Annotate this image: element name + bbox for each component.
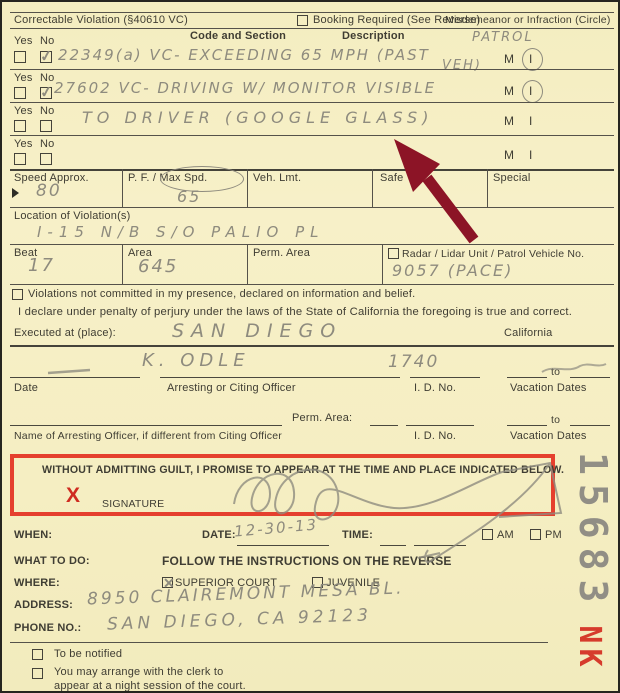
id-no-label: I. D. No. bbox=[414, 430, 456, 442]
vacation-dates-label: Vacation Dates bbox=[510, 430, 587, 442]
time-line bbox=[414, 545, 466, 546]
row4-no-checkbox[interactable] bbox=[40, 153, 52, 165]
divider-line bbox=[487, 169, 488, 207]
executed-at-handwriting: SAN DIEGO bbox=[172, 320, 342, 342]
to-be-notified-label: To be notified bbox=[54, 648, 122, 660]
phone-label: PHONE NO.: bbox=[14, 622, 81, 634]
when-label: WHEN: bbox=[14, 529, 52, 541]
executed-at-label: Executed at (place): bbox=[14, 327, 116, 339]
description-header: Description bbox=[342, 30, 405, 42]
vacation-line bbox=[570, 425, 610, 426]
correctable-violation-label: Correctable Violation (§40610 VC) bbox=[14, 14, 188, 26]
red-arrow-annotation bbox=[394, 139, 474, 240]
officer-signature-handwriting: K. ODLE bbox=[142, 350, 250, 371]
to-be-notified-checkbox[interactable] bbox=[32, 649, 43, 660]
vacation-line bbox=[507, 377, 547, 378]
id-no-label: I. D. No. bbox=[414, 382, 456, 394]
night-session-label-line2: appear at a night session of the court. bbox=[54, 680, 246, 692]
row1-no-label: No bbox=[40, 35, 54, 47]
row1-yes-checkbox[interactable] bbox=[14, 51, 26, 63]
perm-area-label: Perm. Area bbox=[253, 247, 310, 259]
vacation-dates-label: Vacation Dates bbox=[510, 382, 587, 394]
arresting-name-line bbox=[10, 425, 282, 426]
radar-handwriting: 9057 (PACE) bbox=[392, 261, 513, 280]
time-field-label: TIME: bbox=[342, 529, 373, 541]
location-label: Location of Violation(s) bbox=[14, 210, 131, 222]
serial-margin: 15683NK bbox=[571, 452, 615, 672]
row1-handwriting-below: VEH) bbox=[442, 58, 482, 73]
signature-x-mark: X bbox=[66, 484, 80, 508]
city-state-zip-handwriting: SAN DIEGO, CA 92123 bbox=[107, 605, 373, 634]
not-committed-label: Violations not committed in my presence,… bbox=[28, 288, 415, 300]
divider-line bbox=[10, 28, 614, 29]
divider-line bbox=[10, 12, 614, 13]
row4-i-label: I bbox=[529, 148, 532, 162]
night-session-label-line1: You may arrange with the clerk to bbox=[54, 666, 223, 678]
date-line bbox=[237, 545, 329, 546]
pm-checkbox[interactable] bbox=[530, 529, 541, 540]
citation-serial-number: 15683 bbox=[571, 452, 615, 611]
divider-line bbox=[247, 244, 248, 284]
id-line bbox=[410, 377, 480, 378]
misdemeanor-infraction-label: Misdemeanor or Infraction (Circle) bbox=[445, 14, 611, 26]
row1-yes-label: Yes bbox=[14, 35, 33, 47]
pencil-date-dash bbox=[48, 370, 90, 373]
night-session-checkbox[interactable] bbox=[32, 668, 43, 679]
row3-no-label: No bbox=[40, 105, 54, 117]
row3-handwriting: TO DRIVER (GOOGLE GLASS) bbox=[82, 108, 433, 127]
row2-yes-label: Yes bbox=[14, 72, 33, 84]
am-label: AM bbox=[497, 529, 514, 541]
date-line bbox=[10, 377, 140, 378]
perm-area-line bbox=[370, 425, 398, 426]
signature-label: SIGNATURE bbox=[102, 498, 164, 510]
divider-line bbox=[247, 169, 248, 207]
safe-label: Safe bbox=[380, 172, 403, 184]
time-line bbox=[380, 545, 406, 546]
divider-line bbox=[10, 642, 548, 643]
row4-yes-label: Yes bbox=[14, 138, 33, 150]
row3-m-label: M bbox=[504, 114, 514, 128]
divider-line bbox=[122, 169, 123, 207]
row2-yes-checkbox[interactable] bbox=[14, 87, 26, 99]
divider-line bbox=[10, 102, 614, 103]
row2-m-i: M I bbox=[504, 84, 532, 98]
where-label: WHERE: bbox=[14, 577, 60, 589]
date-field-label: DATE: bbox=[202, 529, 236, 541]
promise-to-appear-box: WITHOUT ADMITTING GUILT, I PROMISE TO AP… bbox=[10, 454, 555, 516]
special-label: Special bbox=[493, 172, 530, 184]
divider-line bbox=[372, 169, 373, 207]
row1-m-label: M bbox=[504, 52, 514, 66]
citation-code: NK bbox=[572, 625, 607, 671]
radar-checkbox[interactable] bbox=[388, 248, 399, 259]
booking-required-checkbox[interactable] bbox=[297, 15, 308, 26]
divider-line bbox=[10, 345, 614, 347]
row2-no-checkbox[interactable] bbox=[40, 87, 52, 99]
perjury-declaration: I declare under penalty of perjury under… bbox=[18, 306, 572, 318]
speed-approx-handwriting: 80 bbox=[36, 181, 62, 201]
divider-line bbox=[10, 69, 614, 70]
to-label: to bbox=[551, 414, 560, 426]
divider-line bbox=[122, 244, 123, 284]
row1-handwriting: 22349(a) VC- EXCEEDING 65 MPH (PAST bbox=[58, 46, 430, 64]
divider-line bbox=[10, 284, 614, 285]
divider-line bbox=[10, 207, 614, 208]
row2-i-label: I bbox=[529, 84, 532, 98]
row3-m-i: M I bbox=[504, 114, 532, 128]
to-label: to bbox=[551, 366, 560, 378]
arresting-citing-officer-label: Arresting or Citing Officer bbox=[167, 382, 296, 394]
code-and-section-header: Code and Section bbox=[190, 30, 286, 42]
pm-label: PM bbox=[545, 529, 562, 541]
row1-handwriting-above: PATROL bbox=[472, 30, 534, 45]
radar-label: Radar / Lidar Unit / Patrol Vehicle No. bbox=[402, 248, 584, 260]
address-label: ADDRESS: bbox=[14, 599, 73, 611]
vacation-line bbox=[507, 425, 547, 426]
row3-no-checkbox[interactable] bbox=[40, 120, 52, 132]
date-label: Date bbox=[14, 382, 38, 394]
court-date-handwriting: 12-30-13 bbox=[233, 515, 318, 540]
perm-area-colon-label: Perm. Area: bbox=[292, 412, 352, 424]
not-committed-checkbox[interactable] bbox=[12, 289, 23, 300]
max-spd-handwriting: 65 bbox=[177, 187, 201, 206]
pointer-triangle-icon bbox=[12, 188, 19, 198]
california-label: California bbox=[504, 327, 552, 339]
am-checkbox[interactable] bbox=[482, 529, 493, 540]
beat-handwriting: 17 bbox=[28, 255, 55, 276]
row2-handwriting: 27602 VC- DRIVING W/ MONITOR VISIBLE bbox=[54, 79, 436, 97]
row4-m-i: M I bbox=[504, 148, 532, 162]
max-spd-pencil-circle bbox=[160, 166, 244, 192]
divider-line bbox=[10, 244, 614, 245]
row1-m-i: M I bbox=[504, 52, 532, 66]
area-handwriting: 645 bbox=[138, 256, 178, 277]
officer-line bbox=[160, 377, 400, 378]
what-to-do-label: WHAT TO DO: bbox=[14, 555, 90, 567]
officer-id-handwriting: 1740 bbox=[388, 352, 439, 372]
id-line bbox=[406, 425, 474, 426]
divider-line bbox=[10, 135, 614, 136]
row4-yes-checkbox[interactable] bbox=[14, 153, 26, 165]
row4-no-label: No bbox=[40, 138, 54, 150]
row4-m-label: M bbox=[504, 148, 514, 162]
divider-line bbox=[382, 244, 383, 284]
row1-i-label: I bbox=[529, 52, 532, 66]
instructions-text: FOLLOW THE INSTRUCTIONS ON THE REVERSE bbox=[162, 554, 452, 568]
vacation-line bbox=[570, 377, 610, 378]
row3-i-label: I bbox=[529, 114, 532, 128]
arresting-officer-name-label: Name of Arresting Officer, if different … bbox=[14, 430, 282, 442]
promise-text: WITHOUT ADMITTING GUILT, I PROMISE TO AP… bbox=[42, 464, 564, 476]
row2-m-label: M bbox=[504, 84, 514, 98]
row1-no-checkbox[interactable] bbox=[40, 51, 52, 63]
row3-yes-checkbox[interactable] bbox=[14, 120, 26, 132]
divider-line bbox=[10, 169, 614, 171]
traffic-citation: Correctable Violation (§40610 VC) Bookin… bbox=[0, 0, 620, 693]
row3-yes-label: Yes bbox=[14, 105, 33, 117]
veh-lmt-label: Veh. Lmt. bbox=[253, 172, 301, 184]
location-handwriting: I-15 N/B S/O PALIO PL bbox=[37, 223, 325, 241]
